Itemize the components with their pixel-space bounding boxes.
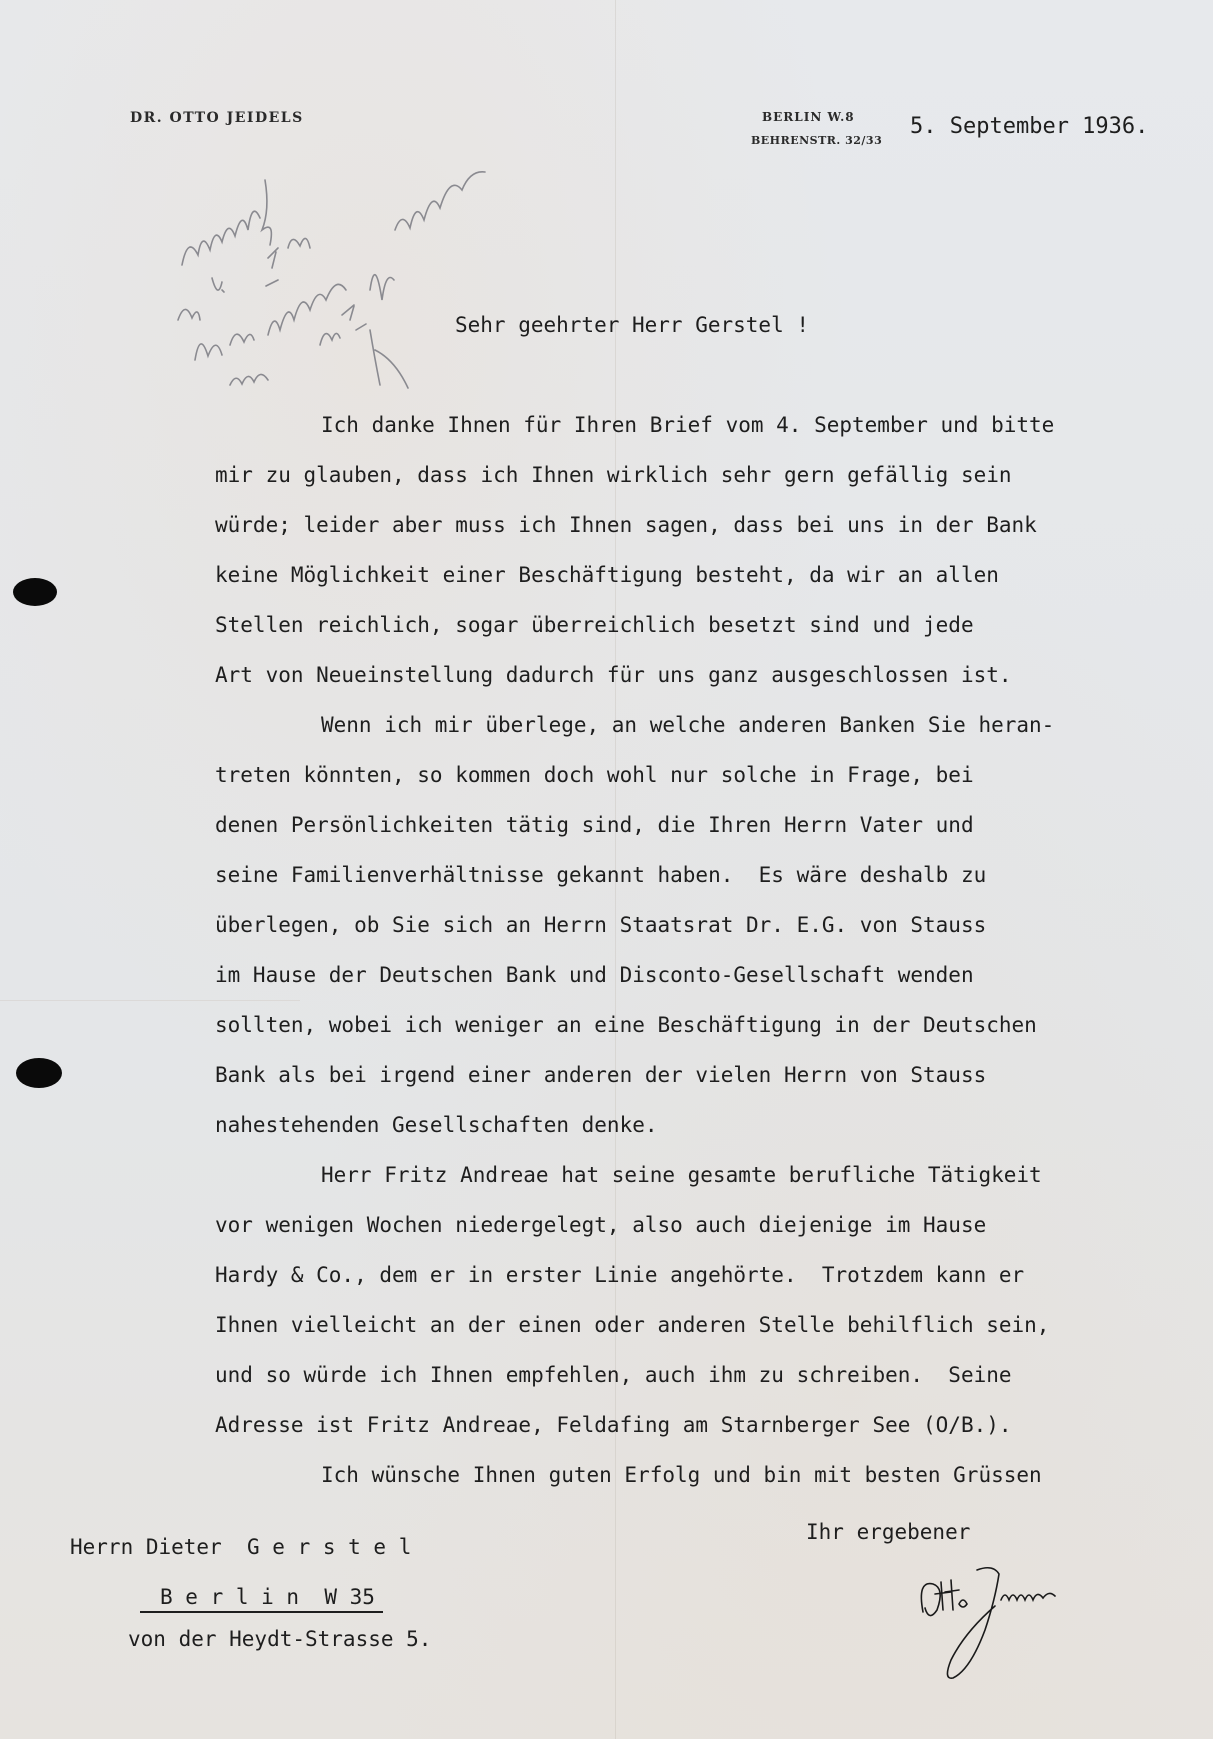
- body-line: Art von Neueinstellung dadurch für uns g…: [215, 660, 1205, 710]
- letterhead-street: BEHRENSTR. 32/33: [751, 134, 882, 147]
- body-line: Ihnen vielleicht an der einen oder ander…: [215, 1310, 1205, 1360]
- punch-hole-icon: [16, 1058, 62, 1088]
- punch-hole-icon: [13, 578, 57, 606]
- body-line: Ich wünsche Ihnen guten Erfolg und bin m…: [215, 1460, 1205, 1510]
- recipient-street: von der Heydt-Strasse 5.: [128, 1627, 431, 1651]
- body-line: Hardy & Co., dem er in erster Linie ange…: [215, 1260, 1205, 1310]
- body-line: überlegen, ob Sie sich an Herrn Staatsra…: [215, 910, 1205, 960]
- body-line: Adresse ist Fritz Andreae, Feldafing am …: [215, 1410, 1205, 1460]
- body-line: Wenn ich mir überlege, an welche anderen…: [215, 710, 1205, 760]
- body-line: im Hause der Deutschen Bank und Disconto…: [215, 960, 1205, 1010]
- body-line: Stellen reichlich, sogar überreichlich b…: [215, 610, 1205, 660]
- body-line: treten könnten, so kommen doch wohl nur …: [215, 760, 1205, 810]
- body-line: nahestehenden Gesellschaften denke.: [215, 1110, 1205, 1160]
- closing: Ihr ergebener: [806, 1520, 970, 1544]
- recipient-city: B e r l i n W 35: [140, 1585, 383, 1613]
- body-line: würde; leider aber muss ich Ihnen sagen,…: [215, 510, 1205, 560]
- body-line: Herr Fritz Andreae hat seine gesamte ber…: [215, 1160, 1205, 1210]
- letterhead-city: BERLIN W.8: [762, 110, 855, 124]
- letterhead-sender-name: DR. OTTO JEIDELS: [130, 110, 304, 126]
- body-line: seine Familienverhältnisse gekannt haben…: [215, 860, 1205, 910]
- recipient-name: Herrn Dieter G e r s t e l: [70, 1535, 411, 1559]
- body-line: Ich danke Ihnen für Ihren Brief vom 4. S…: [215, 410, 1205, 460]
- body-line: und so würde ich Ihnen empfehlen, auch i…: [215, 1360, 1205, 1410]
- body-line: vor wenigen Wochen niedergelegt, also au…: [215, 1210, 1205, 1260]
- salutation: Sehr geehrter Herr Gerstel !: [455, 313, 809, 337]
- signature: Otto Jeidels: [915, 1560, 1095, 1680]
- handwritten-annotation: Eingang ca. 6. IX. 36. In der Wohnung vo…: [170, 160, 500, 390]
- letter-body: Ich danke Ihnen für Ihren Brief vom 4. S…: [215, 410, 1205, 1510]
- letter-date: 5. September 1936.: [910, 114, 1148, 139]
- body-line: mir zu glauben, dass ich Ihnen wirklich …: [215, 460, 1205, 510]
- body-line: keine Möglichkeit einer Beschäftigung be…: [215, 560, 1205, 610]
- body-line: sollten, wobei ich weniger an eine Besch…: [215, 1010, 1205, 1060]
- body-line: denen Persönlichkeiten tätig sind, die I…: [215, 810, 1205, 860]
- body-line: Bank als bei irgend einer anderen der vi…: [215, 1060, 1205, 1110]
